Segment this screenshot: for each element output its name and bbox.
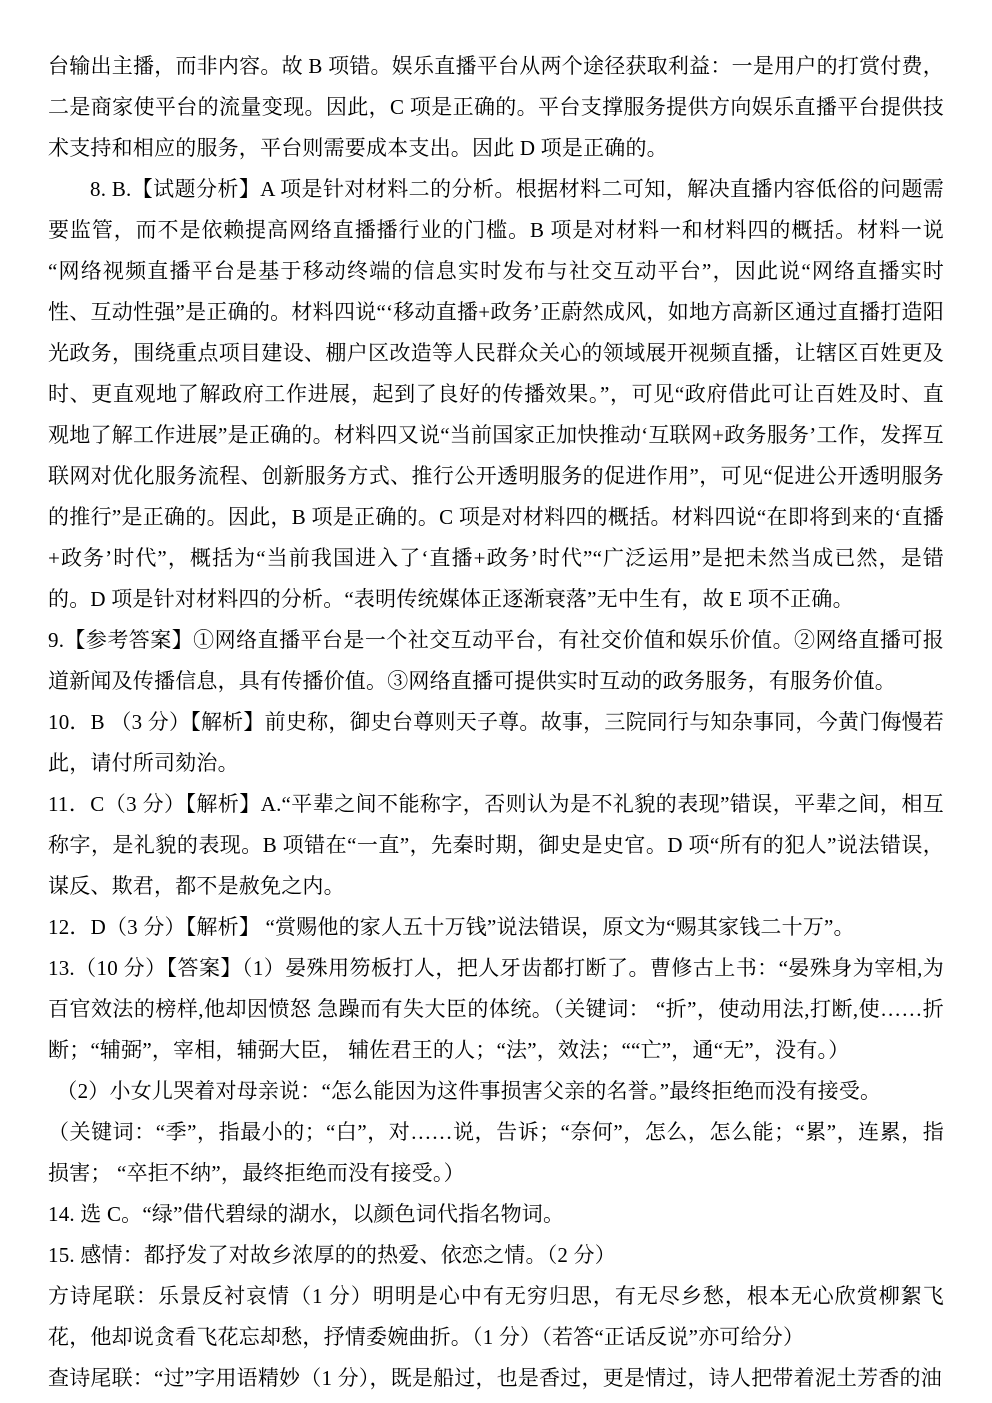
paragraph-q13-part1: 13.（10 分）【答案】（1）晏殊用笏板打人，把人牙齿都打断了。曹修古上书：“… <box>48 948 944 1071</box>
paragraph-q8-analysis: 8. B.【试题分析】A 项是针对材料二的分析。根据材料二可知，解决直播内容低俗… <box>48 169 944 620</box>
paragraph-q13-part2: （2）小女儿哭着对母亲说：“怎么能因为这件事损害父亲的名誉。”最终拒绝而没有接受… <box>48 1071 944 1112</box>
paragraph-q15-feeling: 15. 感情：都抒发了对故乡浓厚的的热爱、依恋之情。（2 分） <box>48 1235 944 1276</box>
paragraph-q13-keywords: （关键词：“季”，指最小的；“白”，对……说，告诉；“奈何”，怎么，怎么能；“累… <box>48 1112 944 1194</box>
paragraph-q15-fang-poem: 方诗尾联：乐景反衬哀情（1 分）明明是心中有无穷归思，有无尽乡愁，根本无心欣赏柳… <box>48 1276 944 1358</box>
paragraph-q12-answer: 12．D（3 分）【解析】 “赏赐他的家人五十万钱”说法错误，原文为“赐其家钱二… <box>48 907 944 948</box>
paragraph-q9-answer: 9.【参考答案】①网络直播平台是一个社交互动平台，有社交价值和娱乐价值。②网络直… <box>48 620 944 702</box>
paragraph-q7-continuation: 台输出主播，而非内容。故 B 项错。娱乐直播平台从两个途径获取利益：一是用户的打… <box>48 46 944 169</box>
document-page: 台输出主播，而非内容。故 B 项错。娱乐直播平台从两个途径获取利益：一是用户的打… <box>0 0 992 1403</box>
paragraph-q10-answer: 10．B （3 分）【解析】前史称，御史台尊则天子尊。故事，三院同行与知杂事同，… <box>48 702 944 784</box>
paragraph-q15-zha-poem: 查诗尾联：“过”字用语精妙（1 分），既是船过，也是香过，更是情过，诗人把带着泥… <box>48 1358 944 1399</box>
paragraph-q11-answer: 11．C（3 分）【解析】A.“平辈之间不能称字，否则认为是不礼貌的表现”错误，… <box>48 784 944 907</box>
paragraph-q14-answer: 14. 选 C。“绿”借代碧绿的湖水，以颜色词代指名物词。 <box>48 1194 944 1235</box>
answer-key-text-body: 台输出主播，而非内容。故 B 项错。娱乐直播平台从两个途径获取利益：一是用户的打… <box>48 46 944 1399</box>
